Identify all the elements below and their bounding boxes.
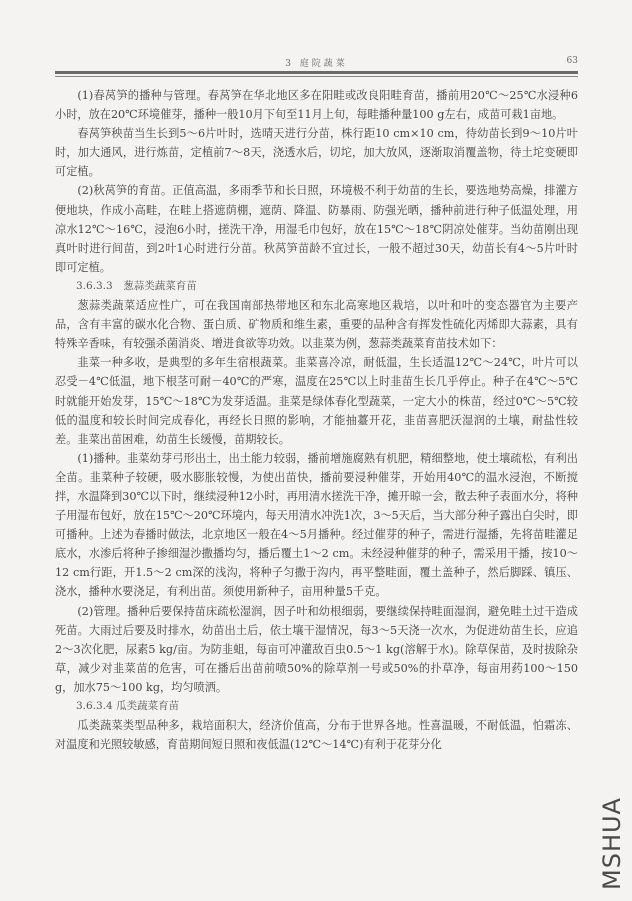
chapter-title: 3 庭院蔬菜 — [55, 56, 578, 69]
header-rule-thin — [55, 76, 578, 77]
header-rule-thick — [55, 71, 578, 74]
page-number: 63 — [567, 56, 578, 66]
paragraph-spring-lettuce-transplant: 春莴笋秧苗当生长到5～6片叶时，选晴天进行分苗，株行距10 cm×10 cm，待… — [55, 124, 578, 181]
paragraph-chive-characteristics: 韭菜一种多收，是典型的多年生宿根蔬菜。韭菜喜冷凉，耐低温，生长适温12℃～24℃… — [55, 353, 578, 448]
paragraph-autumn-lettuce: (2)秋莴笋的育苗。正值高温，多雨季节和长日照，环境极不利于幼苗的生长，要选地势… — [55, 181, 578, 276]
paragraph-chive-sowing: (1)播种。韭菜幼芽弓形出土，出土能力较弱，播前增施腐熟有机肥，精细整地，使土壤… — [55, 449, 578, 602]
section-heading-allium: 3.6.3.3 葱蒜类蔬菜育苗 — [55, 277, 578, 296]
paragraph-cucurbit-intro: 瓜类蔬菜类型品种多，栽培面积大，经济价值高，分布于世界各地。性喜温暖，不耐低温，… — [55, 716, 578, 754]
body-text: (1)春莴笋的播种与管理。春莴笋在华北地区多在阳畦或改良阳畦育苗，播前用20℃～… — [55, 86, 578, 754]
paragraph-allium-intro: 葱蒜类蔬菜适应性广，可在我国南部热带地区和东北高寒地区栽培，以叶和叶的变态器官为… — [55, 296, 578, 353]
paragraph-chive-management: (2)管理。播种后要保持苗床疏松湿润，因子叶和幼根细弱，要继续保持畦面湿润，避免… — [55, 602, 578, 697]
watermark-logo: MSHUA — [598, 790, 628, 890]
book-page: 3 庭院蔬菜 63 (1)春莴笋的播种与管理。春莴笋在华北地区多在阳畦或改良阳畦… — [0, 0, 632, 901]
section-heading-cucurbit: 3.6.3.4 瓜类蔬菜育苗 — [55, 697, 578, 716]
running-header: 3 庭院蔬菜 63 — [55, 56, 578, 70]
paragraph-spring-lettuce-sowing: (1)春莴笋的播种与管理。春莴笋在华北地区多在阳畦或改良阳畦育苗，播前用20℃～… — [55, 86, 578, 124]
